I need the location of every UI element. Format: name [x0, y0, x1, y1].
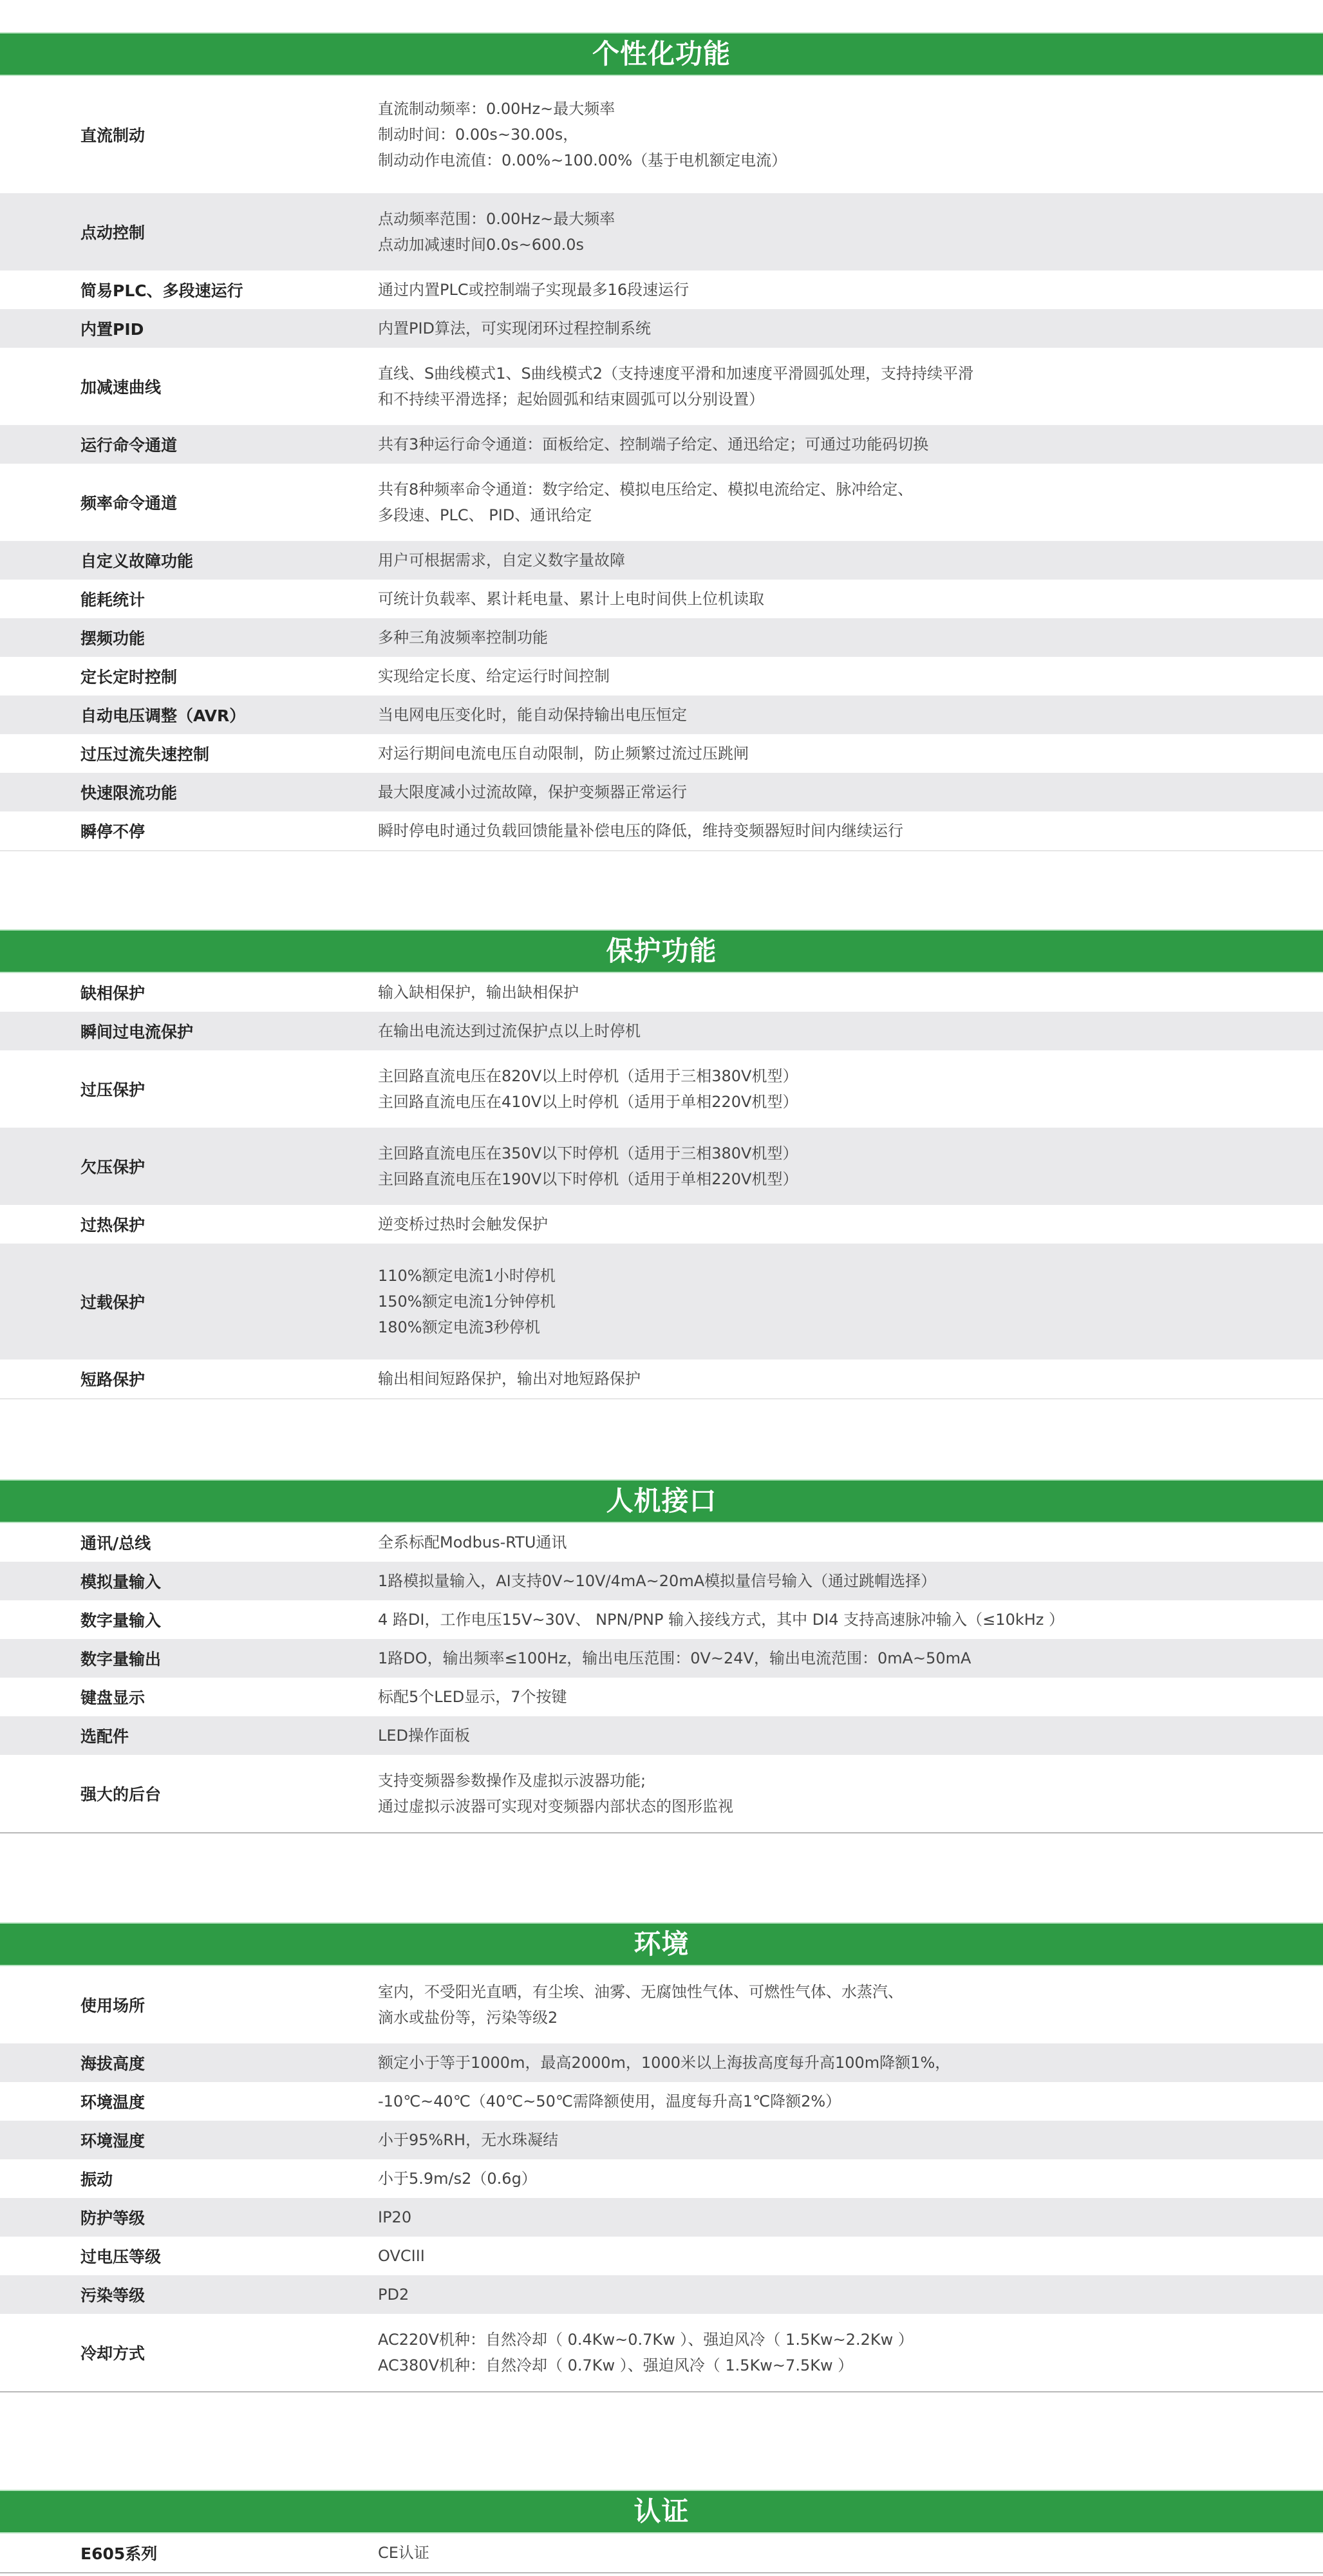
value-line: 共有3种运行命令通道：面板给定、控制端子给定、通迅给定；可通过功能码切换: [378, 431, 1271, 457]
spec-row-overvoltage-category: 过电压等级 OVCIII: [0, 2237, 1323, 2275]
value-line: 多种三角波频率控制功能: [378, 625, 1271, 650]
row-value: 主回路直流电压在350V以下时停机（适用于三相380V机型） 主回路直流电压在1…: [378, 1141, 1323, 1192]
spec-row-accel-curve: 加减速曲线 直线、S曲线模式1、S曲线模式2（支持速度平滑和加速度平滑圆弧处理，…: [0, 348, 1323, 425]
value-line: 通过虚拟示波器可实现对变频器内部状态的图形监视: [378, 1794, 1271, 1819]
value-line: 内置PID算法，可实现闭环过程控制系统: [378, 316, 1271, 341]
value-line: -10℃~40℃（40℃~50℃需降额使用，温度每升高1℃降额2%）: [378, 2088, 1271, 2114]
row-label: 快速限流功能: [0, 781, 378, 804]
row-value: 多种三角波频率控制功能: [378, 625, 1323, 650]
spec-row-overvoltage: 过压保护 主回路直流电压在820V以上时停机（适用于三相380V机型） 主回路直…: [0, 1050, 1323, 1128]
spec-row-instant-overcurrent: 瞬间过电流保护 在输出电流达到过流保护点以上时停机: [0, 1012, 1323, 1050]
row-value: IP20: [378, 2204, 1323, 2230]
row-value: 室内，不受阳光直晒，有尘埃、油雾、无腐蚀性气体、可燃性气体、水蒸汽、 滴水或盐份…: [378, 1979, 1323, 2031]
section-header: 个性化功能: [0, 32, 1323, 76]
row-value: 逆变桥过热时会触发保护: [378, 1211, 1323, 1237]
value-line: 瞬时停电时通过负载回馈能量补偿电压的降低，维持变频器短时间内继续运行: [378, 818, 1271, 844]
spec-row-stall-control: 过压过流失速控制 对运行期间电流电压自动限制，防止频繁过流过压跳闸: [0, 734, 1323, 773]
row-label: 缺相保护: [0, 981, 378, 1004]
value-line: 4 路DI，工作电压15V~30V、 NPN/PNP 输入接线方式，其中 DI4…: [378, 1607, 1271, 1633]
row-label: 环境温度: [0, 2090, 378, 2113]
row-value: OVCIII: [378, 2243, 1323, 2269]
value-line: 输入缺相保护，输出缺相保护: [378, 980, 1271, 1005]
value-line: 主回路直流电压在410V以上时停机（适用于单相220V机型）: [378, 1089, 1271, 1115]
value-line: 最大限度减小过流故障，保护变频器正常运行: [378, 779, 1271, 805]
spec-row-keypad-display: 键盘显示 标配5个LED显示，7个按键: [0, 1678, 1323, 1716]
row-label: 污染等级: [0, 2283, 378, 2306]
spec-row-dc-braking: 直流制动 直流制动频率：0.00Hz~最大频率 制动时间：0.00s~30.00…: [0, 76, 1323, 193]
section-header: 环境: [0, 1922, 1323, 1966]
value-line: 滴水或盐份等，污染等级2: [378, 2005, 1271, 2031]
value-line: 直线、S曲线模式1、S曲线模式2（支持速度平滑和加速度平滑圆弧处理，支持持续平滑: [378, 361, 1271, 386]
row-label: 过电压等级: [0, 2244, 378, 2268]
value-line: 通过内置PLC或控制端子实现最多16段速运行: [378, 277, 1271, 303]
row-label: 定长定时控制: [0, 665, 378, 688]
row-label: 自定义故障功能: [0, 549, 378, 572]
row-label: 振动: [0, 2167, 378, 2190]
row-value: 直流制动频率：0.00Hz~最大频率 制动时间：0.00s~30.00s， 制动…: [378, 96, 1323, 173]
row-label: 防护等级: [0, 2206, 378, 2229]
value-line: 制动动作电流值：0.00%~100.00%（基于电机额定电流）: [378, 147, 1271, 173]
spec-row-protection-class: 防护等级 IP20: [0, 2198, 1323, 2237]
row-value: 4 路DI，工作电压15V~30V、 NPN/PNP 输入接线方式，其中 DI4…: [378, 1607, 1323, 1633]
row-value: 1路DO，输出频率≤100Hz，输出电压范围：0V~24V，输出电流范围：0mA…: [378, 1645, 1323, 1671]
row-value: 共有8种频率命令通道：数字给定、模拟电压给定、模拟电流给定、脉冲给定、 多段速、…: [378, 477, 1323, 528]
spec-row-run-command-channel: 运行命令通道 共有3种运行命令通道：面板给定、控制端子给定、通迅给定；可通过功能…: [0, 425, 1323, 464]
row-value: 全系标配Modbus-RTU通讯: [378, 1529, 1323, 1555]
row-label: 加减速曲线: [0, 375, 378, 398]
row-label: 环境湿度: [0, 2128, 378, 2152]
row-value: 标配5个LED显示，7个按键: [378, 1684, 1323, 1710]
value-line: 输出相间短路保护，输出对地短路保护: [378, 1366, 1271, 1392]
section-divider: [0, 850, 1323, 851]
value-line: 点动加减速时间0.0s~600.0s: [378, 232, 1271, 258]
section-title: 认证: [633, 2498, 689, 2525]
spec-row-analog-input: 模拟量输入 1路模拟量输入，AI支持0V~10V/4mA~20mA模拟量信号输入…: [0, 1562, 1323, 1600]
row-value: 在输出电流达到过流保护点以上时停机: [378, 1018, 1323, 1044]
spec-row-undervoltage: 欠压保护 主回路直流电压在350V以下时停机（适用于三相380V机型） 主回路直…: [0, 1128, 1323, 1205]
row-value: 最大限度减小过流故障，保护变频器正常运行: [378, 779, 1323, 805]
spec-row-backend-software: 强大的后台 支持变频器参数操作及虚拟示波器功能; 通过虚拟示波器可实现对变频器内…: [0, 1755, 1323, 1832]
value-line: 共有8种频率命令通道：数字给定、模拟电压给定、模拟电流给定、脉冲给定、: [378, 477, 1271, 502]
spec-row-builtin-pid: 内置PID 内置PID算法，可实现闭环过程控制系统: [0, 309, 1323, 348]
spec-row-phase-loss: 缺相保护 输入缺相保护，输出缺相保护: [0, 973, 1323, 1012]
section-protection-functions: 保护功能 缺相保护 输入缺相保护，输出缺相保护 瞬间过电流保护 在输出电流达到过…: [0, 929, 1323, 1399]
section-title: 保护功能: [606, 938, 717, 965]
spec-row-jog-control: 点动控制 点动频率范围：0.00Hz~最大频率 点动加减速时间0.0s~600.…: [0, 193, 1323, 270]
row-label: 短路保护: [0, 1367, 378, 1390]
spec-row-energy-stats: 能耗统计 可统计负载率、累计耗电量、累计上电时间供上位机读取: [0, 580, 1323, 618]
row-label: E605系列: [0, 2541, 378, 2564]
value-line: 标配5个LED显示，7个按键: [378, 1684, 1271, 1710]
section-certification: 认证 E605系列 CE认证: [0, 2490, 1323, 2573]
row-value: 对运行期间电流电压自动限制，防止频繁过流过压跳闸: [378, 741, 1323, 766]
row-value: 额定小于等于1000m，最高2000m，1000米以上海拔高度每升高100m降额…: [378, 2050, 1323, 2076]
row-label: 瞬停不停: [0, 819, 378, 842]
row-value: 主回路直流电压在820V以上时停机（适用于三相380V机型） 主回路直流电压在4…: [378, 1063, 1323, 1115]
spec-row-overload: 过载保护 110%额定电流1小时停机 150%额定电流1分钟停机 180%额定电…: [0, 1244, 1323, 1359]
spec-row-ambient-temperature: 环境温度 -10℃~40℃（40℃~50℃需降额使用，温度每升高1℃降额2%）: [0, 2082, 1323, 2121]
value-line: AC380V机种：自然冷却（ 0.7Kw ）、强迫风冷（ 1.5Kw~7.5Kw…: [378, 2353, 1271, 2378]
spec-row-short-circuit: 短路保护 输出相间短路保护，输出对地短路保护: [0, 1359, 1323, 1398]
row-label: 选配件: [0, 1724, 378, 1747]
value-line: 1路DO，输出频率≤100Hz，输出电压范围：0V~24V，输出电流范围：0mA…: [378, 1645, 1271, 1671]
spec-row-communication-bus: 通讯/总线 全系标配Modbus-RTU通讯: [0, 1523, 1323, 1562]
section-title: 环境: [633, 1931, 689, 1958]
value-line: 额定小于等于1000m，最高2000m，1000米以上海拔高度每升高100m降额…: [378, 2050, 1271, 2076]
value-line: 180%额定电流3秒停机: [378, 1314, 1271, 1340]
row-value: 共有3种运行命令通道：面板给定、控制端子给定、通迅给定；可通过功能码切换: [378, 431, 1323, 457]
row-label: 使用场所: [0, 1993, 378, 2016]
section-header: 人机接口: [0, 1479, 1323, 1523]
row-value: 1路模拟量输入，AI支持0V~10V/4mA~20mA模拟量信号输入（通过跳帽选…: [378, 1568, 1323, 1594]
row-label: 过载保护: [0, 1290, 378, 1313]
row-value: 直线、S曲线模式1、S曲线模式2（支持速度平滑和加速度平滑圆弧处理，支持持续平滑…: [378, 361, 1323, 412]
row-label: 自动电压调整（AVR）: [0, 703, 378, 726]
row-value: 110%额定电流1小时停机 150%额定电流1分钟停机 180%额定电流3秒停机: [378, 1263, 1323, 1340]
value-line: 室内，不受阳光直晒，有尘埃、油雾、无腐蚀性气体、可燃性气体、水蒸汽、: [378, 1979, 1271, 2005]
row-value: 当电网电压变化时，能自动保持输出电压恒定: [378, 702, 1323, 728]
row-value: 瞬时停电时通过负载回馈能量补偿电压的降低，维持变频器短时间内继续运行: [378, 818, 1323, 844]
row-label: 海拔高度: [0, 2051, 378, 2074]
value-line: 逆变桥过热时会触发保护: [378, 1211, 1271, 1237]
row-label: 内置PID: [0, 317, 378, 340]
row-value: 内置PID算法，可实现闭环过程控制系统: [378, 316, 1323, 341]
spec-row-ambient-humidity: 环境湿度 小于95%RH，无水珠凝结: [0, 2121, 1323, 2159]
row-label: 摆频功能: [0, 626, 378, 649]
value-line: 全系标配Modbus-RTU通讯: [378, 1529, 1271, 1555]
row-label: 能耗统计: [0, 587, 378, 611]
value-line: 和不持续平滑选择；起始圆弧和结束圆弧可以分别设置）: [378, 386, 1271, 412]
value-line: 点动频率范围：0.00Hz~最大频率: [378, 206, 1271, 232]
section-title: 人机接口: [606, 1488, 717, 1515]
spec-row-cooling-method: 冷却方式 AC220V机种：自然冷却（ 0.4Kw~0.7Kw ）、强迫风冷（ …: [0, 2314, 1323, 2391]
row-value: 支持变频器参数操作及虚拟示波器功能; 通过虚拟示波器可实现对变频器内部状态的图形…: [378, 1768, 1323, 1819]
value-line: OVCIII: [378, 2243, 1271, 2269]
spec-row-fixed-length-timing: 定长定时控制 实现给定长度、给定运行时间控制: [0, 657, 1323, 696]
section-environment: 环境 使用场所 室内，不受阳光直晒，有尘埃、油雾、无腐蚀性气体、可燃性气体、水蒸…: [0, 1922, 1323, 2392]
section-header: 认证: [0, 2490, 1323, 2533]
value-line: 110%额定电流1小时停机: [378, 1263, 1271, 1289]
spec-row-custom-fault: 自定义故障功能 用户可根据需求，自定义数字量故障: [0, 541, 1323, 580]
spec-row-wobble-frequency: 摆频功能 多种三角波频率控制功能: [0, 618, 1323, 657]
row-label: 冷却方式: [0, 2341, 378, 2364]
row-value: 点动频率范围：0.00Hz~最大频率 点动加减速时间0.0s~600.0s: [378, 206, 1323, 258]
row-value: 小于5.9m/s2（0.6g）: [378, 2166, 1323, 2192]
row-value: CE认证: [378, 2540, 1323, 2566]
value-line: IP20: [378, 2204, 1271, 2230]
section-divider: [0, 1398, 1323, 1399]
row-label: 数字量输出: [0, 1647, 378, 1670]
section-hmi: 人机接口 通讯/总线 全系标配Modbus-RTU通讯 模拟量输入 1路模拟量输…: [0, 1479, 1323, 1833]
row-value: 通过内置PLC或控制端子实现最多16段速运行: [378, 277, 1323, 303]
section-header: 保护功能: [0, 929, 1323, 973]
row-label: 频率命令通道: [0, 491, 378, 514]
section-divider: [0, 1832, 1323, 1833]
row-value: PD2: [378, 2282, 1323, 2307]
row-label: 数字量输入: [0, 1608, 378, 1631]
row-value: -10℃~40℃（40℃~50℃需降额使用，温度每升高1℃降额2%）: [378, 2088, 1323, 2114]
value-line: 主回路直流电压在350V以下时停机（适用于三相380V机型）: [378, 1141, 1271, 1166]
row-label: 模拟量输入: [0, 1569, 378, 1593]
value-line: PD2: [378, 2282, 1271, 2307]
row-label: 简易PLC、多段速运行: [0, 278, 378, 301]
row-value: AC220V机种：自然冷却（ 0.4Kw~0.7Kw ）、强迫风冷（ 1.5Kw…: [378, 2327, 1323, 2378]
value-line: 多段速、PLC、 PID、通讯给定: [378, 502, 1271, 528]
value-line: 主回路直流电压在190V以下时停机（适用于单相220V机型）: [378, 1166, 1271, 1192]
spec-row-pollution-degree: 污染等级 PD2: [0, 2275, 1323, 2314]
value-line: AC220V机种：自然冷却（ 0.4Kw~0.7Kw ）、强迫风冷（ 1.5Kw…: [378, 2327, 1271, 2353]
row-value: 可统计负载率、累计耗电量、累计上电时间供上位机读取: [378, 586, 1323, 612]
value-line: 支持变频器参数操作及虚拟示波器功能;: [378, 1768, 1271, 1794]
value-line: 当电网电压变化时，能自动保持输出电压恒定: [378, 702, 1271, 728]
spec-row-fast-current-limit: 快速限流功能 最大限度减小过流故障，保护变频器正常运行: [0, 773, 1323, 811]
row-value: 小于95%RH，无水珠凝结: [378, 2127, 1323, 2153]
value-line: 制动时间：0.00s~30.00s，: [378, 122, 1271, 147]
section-personalized-functions: 个性化功能 直流制动 直流制动频率：0.00Hz~最大频率 制动时间：0.00s…: [0, 32, 1323, 851]
value-line: 主回路直流电压在820V以上时停机（适用于三相380V机型）: [378, 1063, 1271, 1089]
spec-row-frequency-command-channel: 频率命令通道 共有8种频率命令通道：数字给定、模拟电压给定、模拟电流给定、脉冲给…: [0, 464, 1323, 541]
row-label: 键盘显示: [0, 1685, 378, 1709]
row-label: 运行命令通道: [0, 433, 378, 456]
value-line: 150%额定电流1分钟停机: [378, 1289, 1271, 1314]
value-line: 直流制动频率：0.00Hz~最大频率: [378, 96, 1271, 122]
row-label: 欠压保护: [0, 1155, 378, 1178]
row-label: 通讯/总线: [0, 1531, 378, 1554]
spec-row-usage-location: 使用场所 室内，不受阳光直晒，有尘埃、油雾、无腐蚀性气体、可燃性气体、水蒸汽、 …: [0, 1966, 1323, 2043]
value-line: 可统计负载率、累计耗电量、累计上电时间供上位机读取: [378, 586, 1271, 612]
row-value: LED操作面板: [378, 1723, 1323, 1748]
row-value: 输出相间短路保护，输出对地短路保护: [378, 1366, 1323, 1392]
value-line: 小于95%RH，无水珠凝结: [378, 2127, 1271, 2153]
value-line: 对运行期间电流电压自动限制，防止频繁过流过压跳闸: [378, 741, 1271, 766]
spec-row-digital-input: 数字量输入 4 路DI，工作电压15V~30V、 NPN/PNP 输入接线方式，…: [0, 1600, 1323, 1639]
row-label: 过压过流失速控制: [0, 742, 378, 765]
row-label: 点动控制: [0, 220, 378, 243]
value-line: 小于5.9m/s2（0.6g）: [378, 2166, 1271, 2192]
spec-row-overheat: 过热保护 逆变桥过热时会触发保护: [0, 1205, 1323, 1244]
row-label: 瞬间过电流保护: [0, 1019, 378, 1043]
row-label: 过压保护: [0, 1077, 378, 1101]
section-divider: [0, 2572, 1323, 2573]
spec-row-digital-output: 数字量输出 1路DO，输出频率≤100Hz，输出电压范围：0V~24V，输出电流…: [0, 1639, 1323, 1678]
spec-row-vibration: 振动 小于5.9m/s2（0.6g）: [0, 2159, 1323, 2198]
value-line: 在输出电流达到过流保护点以上时停机: [378, 1018, 1271, 1044]
value-line: 用户可根据需求，自定义数字量故障: [378, 547, 1271, 573]
spec-row-simple-plc: 简易PLC、多段速运行 通过内置PLC或控制端子实现最多16段速运行: [0, 270, 1323, 309]
spec-row-altitude: 海拔高度 额定小于等于1000m，最高2000m，1000米以上海拔高度每升高1…: [0, 2043, 1323, 2082]
value-line: 实现给定长度、给定运行时间控制: [378, 663, 1271, 689]
row-value: 输入缺相保护，输出缺相保护: [378, 980, 1323, 1005]
row-label: 直流制动: [0, 123, 378, 146]
spec-row-power-dip-ride-through: 瞬停不停 瞬时停电时通过负载回馈能量补偿电压的降低，维持变频器短时间内继续运行: [0, 811, 1323, 850]
row-value: 实现给定长度、给定运行时间控制: [378, 663, 1323, 689]
spec-row-avr: 自动电压调整（AVR） 当电网电压变化时，能自动保持输出电压恒定: [0, 696, 1323, 734]
row-label: 过热保护: [0, 1213, 378, 1236]
row-label: 强大的后台: [0, 1782, 378, 1805]
row-value: 用户可根据需求，自定义数字量故障: [378, 547, 1323, 573]
spec-row-accessories: 选配件 LED操作面板: [0, 1716, 1323, 1755]
spec-row-e605-series: E605系列 CE认证: [0, 2533, 1323, 2572]
value-line: 1路模拟量输入，AI支持0V~10V/4mA~20mA模拟量信号输入（通过跳帽选…: [378, 1568, 1271, 1594]
value-line: LED操作面板: [378, 1723, 1271, 1748]
value-line: CE认证: [378, 2540, 1271, 2566]
section-title: 个性化功能: [592, 41, 731, 68]
section-divider: [0, 2391, 1323, 2392]
